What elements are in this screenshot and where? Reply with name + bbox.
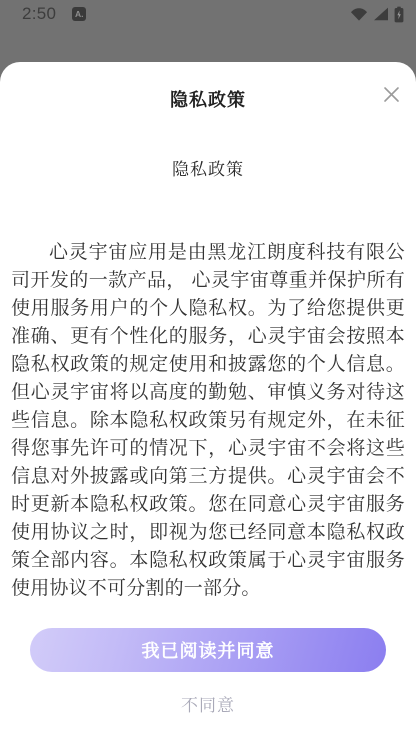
dialog-title: 隐私政策 (0, 86, 416, 112)
status-icons (350, 6, 404, 23)
policy-subtitle: 隐私政策 (0, 155, 416, 180)
privacy-policy-dialog: 隐私政策 隐私政策 心灵宇宙应用是由黑龙江朗度科技有限公司开发的一款产品， 心灵… (0, 62, 416, 741)
agree-button[interactable]: 我已阅读并同意 (30, 628, 386, 672)
battery-charging-icon (394, 6, 404, 23)
close-button[interactable] (378, 84, 404, 110)
dimmed-background: 2:50 A. 隐私政策 (0, 0, 416, 741)
app-notification-badge-icon: A. (72, 7, 86, 21)
policy-body-text: 心灵宇宙应用是由黑龙江朗度科技有限公司开发的一款产品， 心灵宇宙尊重并保护所有使… (11, 239, 405, 603)
wifi-icon (350, 7, 368, 21)
disagree-button[interactable]: 不同意 (0, 691, 416, 716)
cell-signal-icon (373, 7, 389, 21)
close-icon (383, 86, 400, 108)
status-time: 2:50 (22, 4, 56, 24)
status-bar: 2:50 A. (0, 0, 416, 34)
